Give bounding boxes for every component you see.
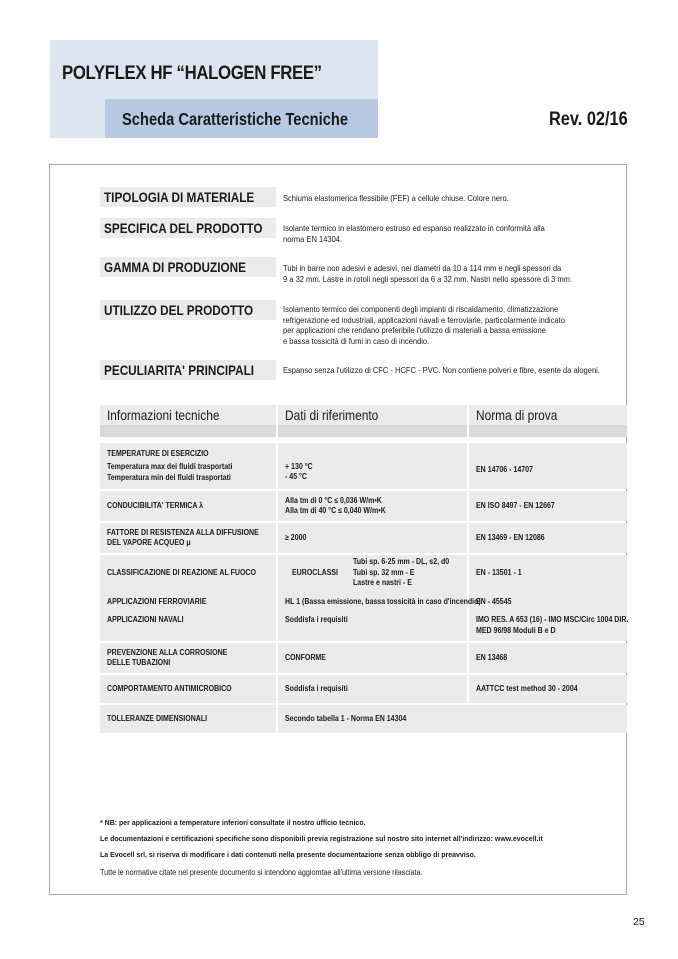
euroclassi-label: EUROCLASSI — [292, 568, 338, 579]
section-label-tipologia: TIPOLOGIA DI MATERIALE — [100, 187, 276, 207]
column-header-data: Dati di riferimento — [278, 405, 467, 425]
table-row: FATTORE DI RESISTENZA ALLA DIFFUSIONEDEL… — [100, 523, 627, 553]
column-header-info: Informazioni tecniche — [100, 405, 276, 425]
section-text-tipologia: Schiuma elastomerica flessibile (FEF) a … — [283, 193, 613, 204]
page-number: 25 — [633, 916, 645, 928]
normative-note: Tutte le normative citate nel presente d… — [100, 868, 451, 877]
revision-label: Rev. 02/16 — [549, 109, 628, 131]
table-row: CLASSIFICAZIONE DI REAZIONE AL FUOCO EUR… — [100, 555, 627, 591]
footnote-disclaimer: La Evocell srl, si riserva di modificare… — [100, 847, 543, 863]
table-row: COMPORTAMENTO ANTIMICROBICO Soddisfa i r… — [100, 675, 627, 703]
section-label-gamma: GAMMA DI PRODUZIONE — [100, 257, 276, 277]
footnotes: * NB: per applicazioni a temperature inf… — [100, 815, 581, 863]
table-row: PREVENZIONE ALLA CORROSIONEDELLE TUBAZIO… — [100, 643, 627, 673]
table-header-band — [100, 425, 627, 437]
table-header-row: Informazioni tecniche Dati di riferiment… — [100, 405, 627, 425]
table-row: TEMPERATURE DI ESERCIZIO Temperatura max… — [100, 443, 627, 489]
document-title: POLYFLEX HF “HALOGEN FREE” — [62, 62, 322, 85]
footnote-nb: * NB: per applicazioni a temperature inf… — [100, 815, 543, 831]
section-label-specifica: SPECIFICA DEL PRODOTTO — [100, 218, 276, 238]
section-label-peculiarita: PECULIARITA' PRINCIPALI — [100, 360, 276, 380]
footnote-docs: Le documentazioni e certificazioni speci… — [100, 831, 543, 847]
section-text-gamma: Tubi in barre non adesivi e adesivi, nei… — [283, 263, 613, 284]
document-subtitle: Scheda Caratteristiche Tecniche — [122, 109, 348, 130]
section-text-peculiarita: Espanso senza l'utilizzo di CFC - HCFC -… — [283, 365, 613, 376]
section-text-utilizzo: Isolamento termico dei componenti degli … — [283, 304, 613, 347]
section-text-specifica: Isolante termico in elastomero estruso e… — [283, 223, 613, 244]
section-label-utilizzo: UTILIZZO DEL PRODOTTO — [100, 300, 276, 320]
table-row: APPLICAZIONI NAVALI Soddisfa i requisiti… — [100, 611, 627, 639]
column-header-norm: Norma di prova — [469, 405, 627, 425]
table-row: CONDUCIBILITA' TERMICA λ Alla tm di 0 °C… — [100, 491, 627, 521]
table-row: TOLLERANZE DIMENSIONALI Secondo tabella … — [100, 705, 627, 733]
table-row: APPLICAZIONI FERROVIARIE HL 1 (Bassa emi… — [100, 593, 627, 611]
